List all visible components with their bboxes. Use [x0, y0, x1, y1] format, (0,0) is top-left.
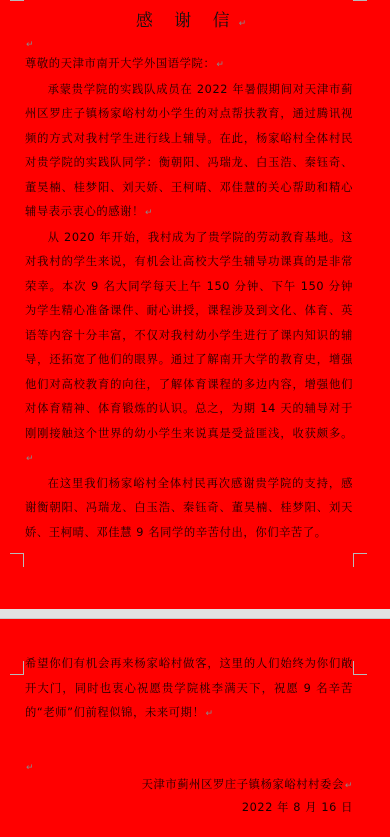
page-separator [0, 609, 390, 619]
paragraph-text: 承蒙贵学院的实践队成员在 2022 年暑假期间对天津市蓟州区罗庄子镇杨家峪村幼小… [25, 83, 353, 219]
paragraph-mark-icon: ↵ [26, 763, 34, 773]
greeting-text: 尊敬的天津市南开大学外国语学院： [25, 57, 215, 70]
paragraph-text: 希望你们有机会再来杨家峪村做客，这里的人们始终为你们敞开大门，同时也衷心祝愿贵学… [25, 657, 353, 719]
paragraph-mark-icon: ↵ [205, 709, 213, 719]
document-page-2[interactable]: 希望你们有机会再来杨家峪村做客，这里的人们始终为你们敞开大门，同时也衷心祝愿贵学… [0, 619, 390, 837]
signature-date[interactable]: 2022 年 8 月 16 日 [242, 799, 353, 815]
paragraph-mark-icon: ↵ [239, 19, 255, 29]
signature-date-text: 2022 年 8 月 16 日 [242, 801, 353, 814]
signature-org-text: 天津市蓟州区罗庄子镇杨家峪村村委会 [142, 778, 344, 791]
paragraph-text: 在这里我们杨家峪村全体村民再次感谢贵学院的支持，感谢衡朝阳、冯瑞龙、白玉浩、秦钰… [25, 477, 353, 539]
body-paragraph-2[interactable]: 从 2020 年开始，我村成为了贵学院的劳动教育基地。这对我村的学生来说，有机会… [25, 226, 353, 472]
paragraph-mark-icon: ↵ [26, 454, 34, 464]
body-paragraph-1[interactable]: 承蒙贵学院的实践队成员在 2022 年暑假期间对天津市蓟州区罗庄子镇杨家峪村幼小… [25, 78, 353, 226]
paragraph-mark-icon: ↵ [145, 208, 153, 218]
body-paragraph-3[interactable]: 在这里我们杨家峪村全体村民再次感谢贵学院的支持，感谢衡朝阳、冯瑞龙、白玉浩、秦钰… [25, 472, 353, 546]
empty-paragraph[interactable]: ↵ [25, 32, 34, 44]
paragraph-mark-icon: ↵ [26, 40, 34, 50]
document-page-1[interactable]: 感 谢 信↵ ↵ 尊敬的天津市南开大学外国语学院：↵ 承蒙贵学院的实践队成员在 … [0, 0, 390, 609]
empty-paragraph[interactable]: ↵ [25, 755, 34, 774]
signature-organization[interactable]: 天津市蓟州区罗庄子镇杨家峪村村委会↵ [142, 776, 353, 792]
letter-body[interactable]: 尊敬的天津市南开大学外国语学院：↵ 承蒙贵学院的实践队成员在 2022 年暑假期… [25, 52, 353, 545]
page-corner-mark [10, 553, 24, 567]
paragraph-mark-icon: ↵ [345, 781, 353, 791]
paragraph-mark-icon: ↵ [216, 60, 224, 70]
letter-title[interactable]: 感 谢 信↵ [0, 6, 390, 31]
letter-title-text: 感 谢 信 [136, 11, 238, 31]
page-corner-mark [353, 0, 367, 2]
greeting-line[interactable]: 尊敬的天津市南开大学外国语学院：↵ [25, 52, 353, 78]
page-corner-mark [353, 661, 367, 675]
letter-body-continued[interactable]: 希望你们有机会再来杨家峪村做客，这里的人们始终为你们敞开大门，同时也衷心祝愿贵学… [25, 652, 353, 727]
closing-paragraph[interactable]: 希望你们有机会再来杨家峪村做客，这里的人们始终为你们敞开大门，同时也衷心祝愿贵学… [25, 652, 353, 727]
page-corner-mark [353, 553, 367, 567]
page-corner-mark [10, 0, 24, 2]
page-corner-mark [10, 661, 24, 675]
paragraph-text: 从 2020 年开始，我村成为了贵学院的劳动教育基地。这对我村的学生来说，有机会… [25, 231, 353, 440]
